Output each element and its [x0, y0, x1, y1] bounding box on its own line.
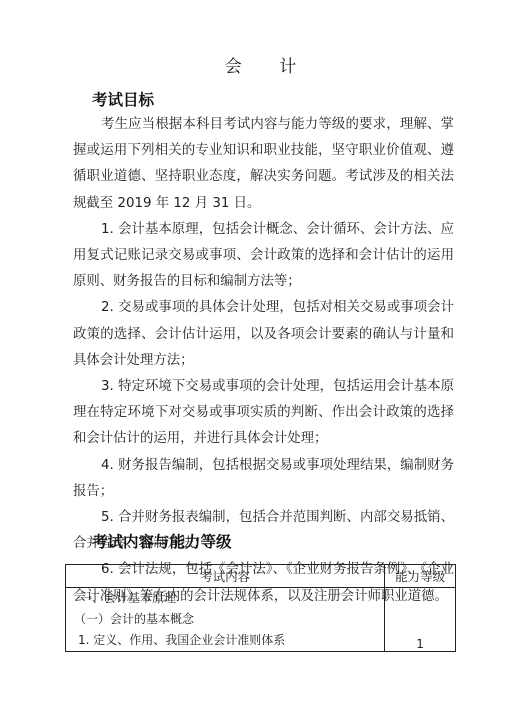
exam-content-table: 考试内容 能力等级 一、会计基本原理 （一）会计的基本概念 1. 定义、作用、我… [65, 564, 456, 652]
intro-paragraph: 考生应当根据本科目考试内容与能力等级的要求，理解、掌握或运用下列相关的专业知识和… [73, 112, 454, 217]
objective-item-3: 3. 特定环境下交易或事项的会计处理，包括运用会计基本原理在特定环境下对交易或事… [73, 374, 454, 453]
table-header-row: 考试内容 能力等级 [66, 565, 456, 588]
level-cell: 1 [385, 588, 456, 652]
header-ability-level: 能力等级 [385, 565, 456, 588]
page-title: 会 计 [0, 52, 523, 77]
content-cell: 一、会计基本原理 （一）会计的基本概念 1. 定义、作用、我国企业会计准则体系 [66, 588, 385, 652]
objective-item-2: 2. 交易或事项的具体会计处理，包括对相关交易或事项会计政策的选择、会计估计运用… [73, 295, 454, 374]
objective-item-1: 1. 会计基本原理，包括会计概念、会计循环、会计方法、应用复式记账记录交易或事项… [73, 217, 454, 296]
table-row: 一、会计基本原理 （一）会计的基本概念 1. 定义、作用、我国企业会计准则体系 … [66, 588, 456, 652]
section-heading-content-and-levels: 考试内容与能力等级 [92, 530, 232, 552]
row-topic: 1. 定义、作用、我国企业会计准则体系 [66, 630, 384, 651]
row-section: （一）会计的基本概念 [66, 609, 384, 630]
section-heading-exam-objectives: 考试目标 [92, 88, 154, 110]
row-chapter: 一、会计基本原理 [66, 588, 384, 609]
header-exam-content: 考试内容 [66, 565, 385, 588]
objective-item-4: 4. 财务报告编制，包括根据交易或事项处理结果，编制财务报告； [73, 453, 454, 505]
